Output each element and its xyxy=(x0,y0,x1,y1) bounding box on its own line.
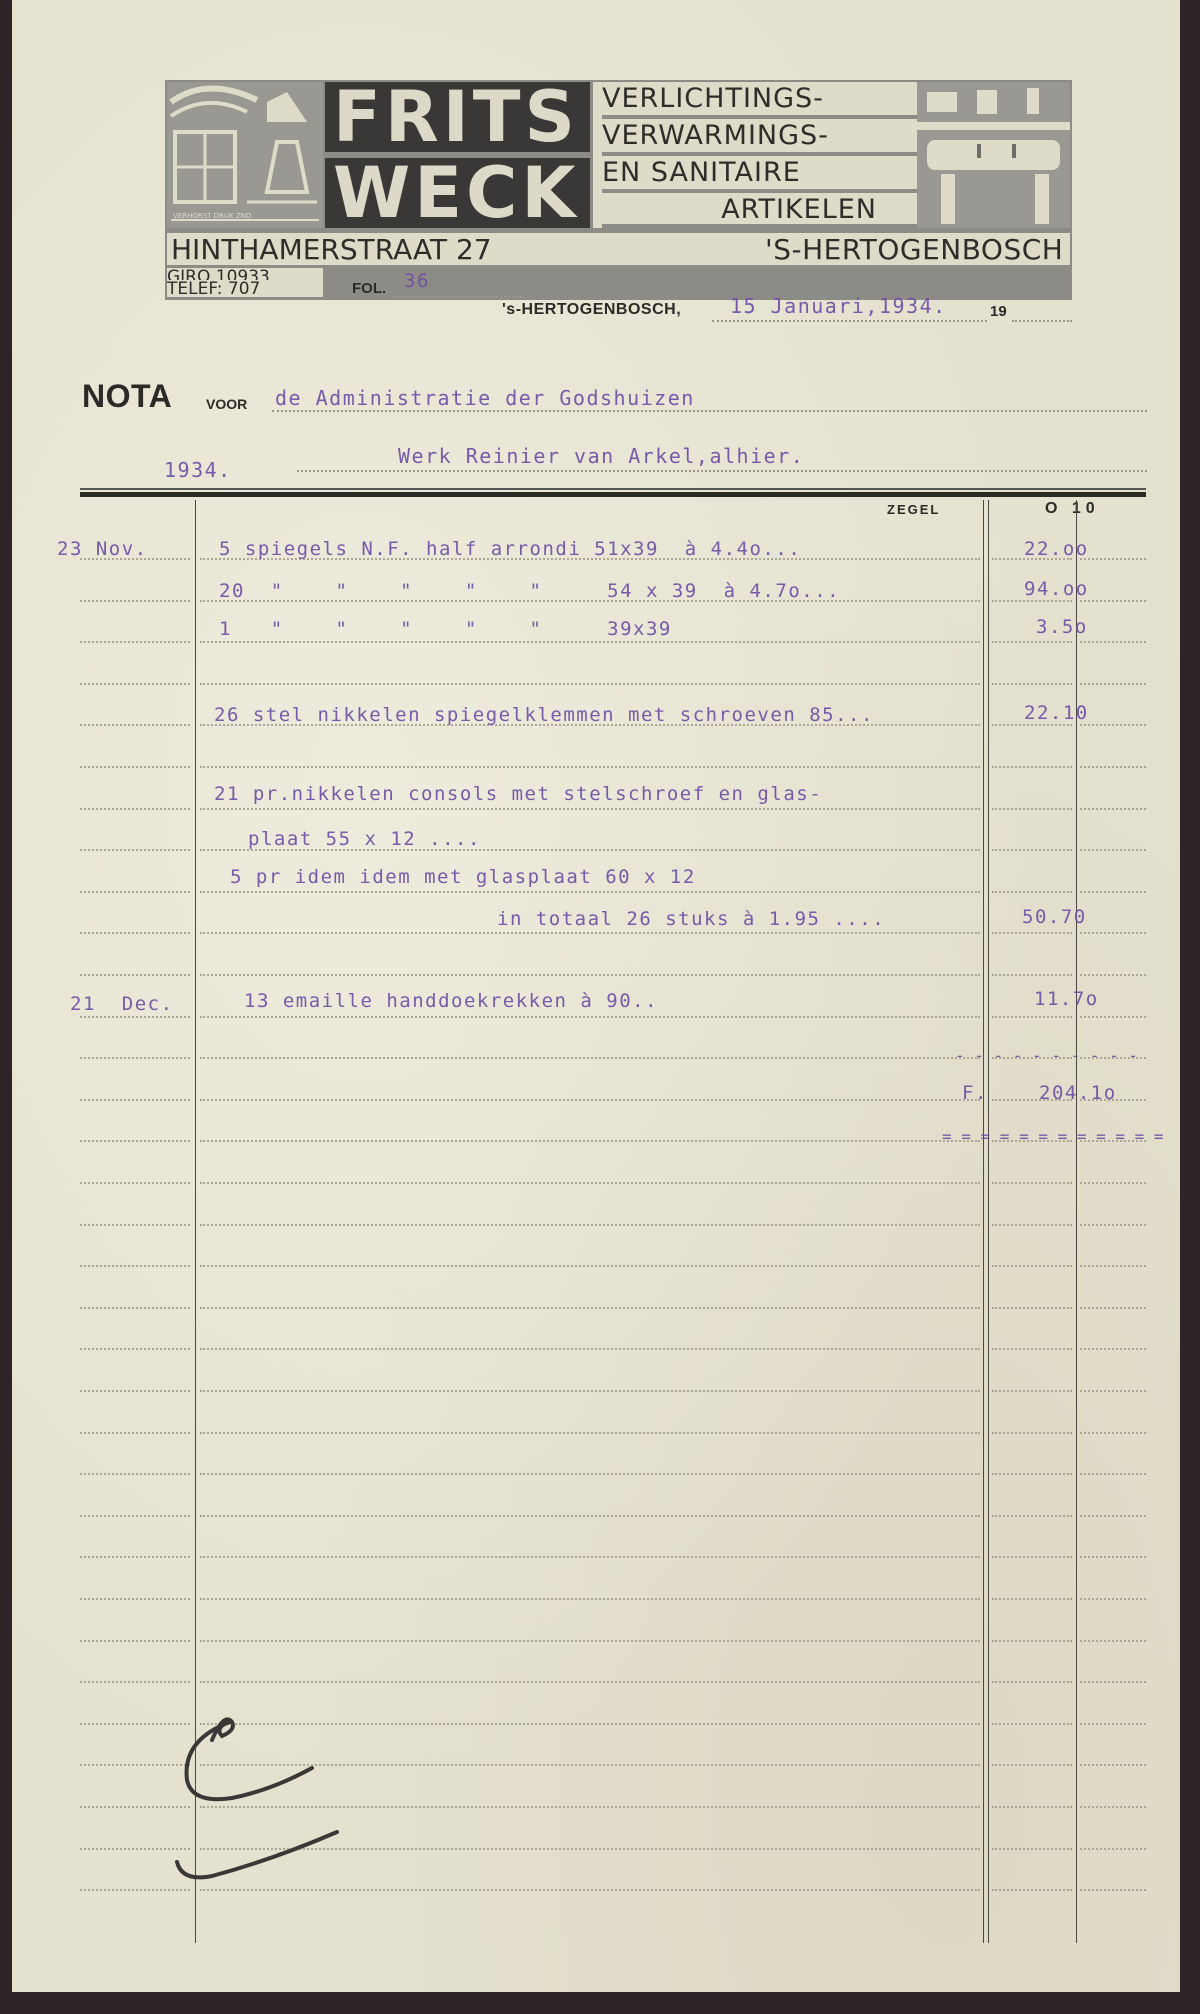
item-amount: 3.5o xyxy=(1036,616,1088,638)
zegel-column-divider-2 xyxy=(988,500,989,1943)
dateline-city: 's-HERTOGENBOSCH, xyxy=(502,301,681,319)
ruled-line xyxy=(1080,724,1146,726)
item-description: 26 stel nikkelen spiegelklemmen met schr… xyxy=(214,704,874,726)
fol-label: FOL. xyxy=(352,280,386,297)
item-amount: 22.10 xyxy=(1024,702,1089,724)
ruled-line xyxy=(200,683,980,685)
ruled-line xyxy=(80,849,190,851)
item-amount: 11.7o xyxy=(1034,988,1099,1010)
handwritten-signature-mark xyxy=(172,1700,372,1895)
year-dotted-line xyxy=(1012,320,1072,322)
ruled-line xyxy=(80,1432,190,1434)
item-amount: 50.70 xyxy=(1022,906,1087,928)
ruled-line xyxy=(200,1265,980,1267)
ruled-line xyxy=(1080,1764,1146,1766)
ruled-line xyxy=(80,1016,190,1018)
ruled-line xyxy=(1080,1016,1146,1018)
item-amount: 94.oo xyxy=(1024,578,1089,600)
ruled-line xyxy=(1080,1598,1146,1600)
shop-interior-illustration: VERHORST DRUK ZNO xyxy=(167,82,323,228)
total-double-rule: = = = = = = = = = = = = xyxy=(942,1127,1164,1146)
ruled-line xyxy=(200,1640,980,1642)
item-description: 13 emaille handdoekrekken à 90.. xyxy=(244,990,658,1012)
ruled-line xyxy=(80,932,190,934)
nota-title: NOTA xyxy=(82,378,172,415)
recipient-dotted-line-2 xyxy=(297,470,1147,472)
ruled-line xyxy=(80,891,190,893)
ruled-line xyxy=(200,932,980,934)
ruled-line xyxy=(992,1556,1072,1558)
ruled-line xyxy=(1080,932,1146,934)
recipient-dotted-line-1 xyxy=(272,410,1147,412)
ruled-line xyxy=(80,724,190,726)
letterhead: VERHORST DRUK ZNO FRITS WECK VERLICHTING… xyxy=(165,80,1072,300)
ruled-line xyxy=(1080,1390,1146,1392)
top-rule-thin xyxy=(80,488,1146,490)
ruled-line xyxy=(80,1681,190,1683)
trade-line-heating: VERWARMINGS- xyxy=(602,119,917,156)
trade-line-articles: ARTIKELEN xyxy=(602,193,917,228)
ruled-line xyxy=(200,1016,980,1018)
ruled-line xyxy=(200,1598,980,1600)
ruled-line xyxy=(80,1265,190,1267)
ruled-line xyxy=(992,683,1072,685)
ruled-line xyxy=(80,641,190,643)
ruled-line xyxy=(1080,1182,1146,1184)
ruled-line xyxy=(992,974,1072,976)
invoice-date: 15 Januari,1934. xyxy=(730,294,947,318)
ruled-line xyxy=(992,1016,1072,1018)
subtotal-rule: - - - - - - - - - - xyxy=(955,1046,1138,1065)
ruled-line xyxy=(992,849,1072,851)
item-description: plaat 55 x 12 .... xyxy=(248,828,481,850)
ruled-line xyxy=(80,1598,190,1600)
ruled-line xyxy=(200,1307,980,1309)
ruled-line xyxy=(200,641,980,643)
ruled-line xyxy=(992,1848,1072,1850)
ruled-line xyxy=(992,1307,1072,1309)
nota-year: 1934. xyxy=(164,458,232,482)
ruled-line xyxy=(992,1806,1072,1808)
fol-number: 36 xyxy=(404,270,430,292)
ruled-line xyxy=(992,766,1072,768)
trade-line-sanitary: EN SANITAIRE xyxy=(602,156,917,193)
top-rule-thick xyxy=(80,492,1146,497)
ruled-line xyxy=(1080,1723,1146,1725)
company-name-frits: FRITS xyxy=(333,82,579,152)
ruled-line xyxy=(80,1307,190,1309)
voor-label: VOOR xyxy=(206,396,247,412)
ruled-line xyxy=(992,1889,1072,1891)
ruled-line xyxy=(200,1140,980,1142)
ruled-line xyxy=(80,1057,190,1059)
trade-line-lighting: VERLICHTINGS- xyxy=(602,82,917,119)
ruled-line xyxy=(992,1224,1072,1226)
ruled-line xyxy=(80,1140,190,1142)
ruled-line xyxy=(1080,1473,1146,1475)
ruled-line xyxy=(1080,1556,1146,1558)
ruled-line xyxy=(1080,1681,1146,1683)
ruled-line xyxy=(1080,1806,1146,1808)
ruled-line xyxy=(992,808,1072,810)
item-amount: 22.oo xyxy=(1024,538,1089,560)
item-description: 21 pr.nikkelen consols met stelschroef e… xyxy=(214,783,822,805)
ruled-line xyxy=(80,808,190,810)
ruled-line xyxy=(200,766,980,768)
letterhead-city: 'S-HERTOGENBOSCH xyxy=(765,233,1063,266)
ruled-line xyxy=(1080,974,1146,976)
ruled-line xyxy=(1080,1307,1146,1309)
vertical-bar xyxy=(590,82,602,228)
item-date: 23 Nov. xyxy=(57,538,148,560)
ruled-line xyxy=(1080,641,1146,643)
ruled-line xyxy=(1080,1640,1146,1642)
ruled-line xyxy=(200,891,980,893)
ruled-line xyxy=(1080,891,1146,893)
ruled-line xyxy=(992,1681,1072,1683)
ruled-line xyxy=(80,1515,190,1517)
ruled-line xyxy=(200,1515,980,1517)
recipient-line-1: de Administratie der Godshuizen xyxy=(275,386,695,410)
ruled-line xyxy=(80,683,190,685)
fol-dotted-line xyxy=(392,296,522,298)
item-description: 1 " " " " " 39x39 xyxy=(219,618,672,640)
ruled-line xyxy=(80,1640,190,1642)
company-name-block: FRITS WECK xyxy=(325,82,590,228)
telephone-number: TELEF: 707 xyxy=(167,280,323,299)
ruled-line xyxy=(1080,683,1146,685)
washbasin-illustration xyxy=(917,82,1070,228)
ruled-line xyxy=(1080,1265,1146,1267)
item-description: in totaal 26 stuks à 1.95 .... xyxy=(497,908,885,930)
item-date: 21 Dec. xyxy=(70,993,174,1015)
ruled-line xyxy=(992,1348,1072,1350)
ruled-line xyxy=(200,1473,980,1475)
ruled-line xyxy=(200,1432,980,1434)
ruled-line xyxy=(200,1348,980,1350)
ruled-line xyxy=(992,1598,1072,1600)
ruled-line xyxy=(1080,766,1146,768)
ruled-line xyxy=(1080,1889,1146,1891)
ruled-line xyxy=(992,641,1072,643)
item-description: 5 pr idem idem met glasplaat 60 x 12 xyxy=(230,866,696,888)
ruled-line xyxy=(992,932,1072,934)
item-description: 5 spiegels N.F. half arrondi 51x39 à 4.4… xyxy=(219,538,801,560)
ruled-line xyxy=(992,1390,1072,1392)
ruled-line xyxy=(200,1057,980,1059)
ruled-line xyxy=(1080,808,1146,810)
ruled-line xyxy=(200,974,980,976)
street-address: HINTHAMERSTRAAT 27 xyxy=(171,233,492,266)
ruled-line xyxy=(200,1556,980,1558)
ruled-line xyxy=(1080,558,1146,560)
ruled-line xyxy=(80,766,190,768)
ruled-line xyxy=(992,724,1072,726)
total-amount: 204.1o xyxy=(1039,1082,1117,1104)
printer-credit: VERHORST DRUK ZNO xyxy=(173,212,251,220)
zegel-header: ZEGEL xyxy=(887,502,940,517)
company-name-weck: WECK xyxy=(333,158,580,228)
ruled-line xyxy=(992,1182,1072,1184)
ruled-line xyxy=(992,891,1072,893)
invoice-paper: VERHORST DRUK ZNO FRITS WECK VERLICHTING… xyxy=(12,0,1180,1992)
ruled-line xyxy=(992,1515,1072,1517)
ruled-line xyxy=(1080,1432,1146,1434)
ruled-line xyxy=(200,808,980,810)
ruled-line xyxy=(992,1723,1072,1725)
ruled-line xyxy=(1080,600,1146,602)
date-dotted-line xyxy=(712,320,987,322)
currency-header: O 10 xyxy=(1045,500,1100,518)
ruled-line xyxy=(200,1390,980,1392)
address-row: HINTHAMERSTRAAT 27 'S-HERTOGENBOSCH xyxy=(167,230,1070,268)
ruled-line xyxy=(80,1390,190,1392)
zegel-column-divider-1 xyxy=(983,500,984,1943)
ruled-line xyxy=(1080,1848,1146,1850)
ruled-line xyxy=(200,1099,980,1101)
ruled-line xyxy=(80,1182,190,1184)
ruled-line xyxy=(80,600,190,602)
ruled-line xyxy=(1080,1348,1146,1350)
ruled-line xyxy=(80,1224,190,1226)
ruled-line xyxy=(80,1473,190,1475)
ruled-line xyxy=(992,1764,1072,1766)
recipient-line-2: Werk Reinier van Arkel,alhier. xyxy=(398,444,804,468)
ruled-line xyxy=(80,1099,190,1101)
ruled-line xyxy=(1080,1515,1146,1517)
ruled-line xyxy=(80,1556,190,1558)
ruled-line xyxy=(200,1182,980,1184)
ruled-line xyxy=(1080,849,1146,851)
ruled-line xyxy=(80,974,190,976)
ruled-line xyxy=(992,1432,1072,1434)
ruled-line xyxy=(80,1348,190,1350)
total-label: F. xyxy=(962,1082,988,1104)
item-description: 20 " " " " " 54 x 39 à 4.7o... xyxy=(219,580,840,602)
ruled-line xyxy=(992,1640,1072,1642)
ruled-line xyxy=(1080,1224,1146,1226)
year-prefix: 19 xyxy=(990,303,1007,320)
ruled-line xyxy=(200,1224,980,1226)
ruled-line xyxy=(200,1681,980,1683)
ruled-line xyxy=(992,1265,1072,1267)
ruled-line xyxy=(992,1473,1072,1475)
